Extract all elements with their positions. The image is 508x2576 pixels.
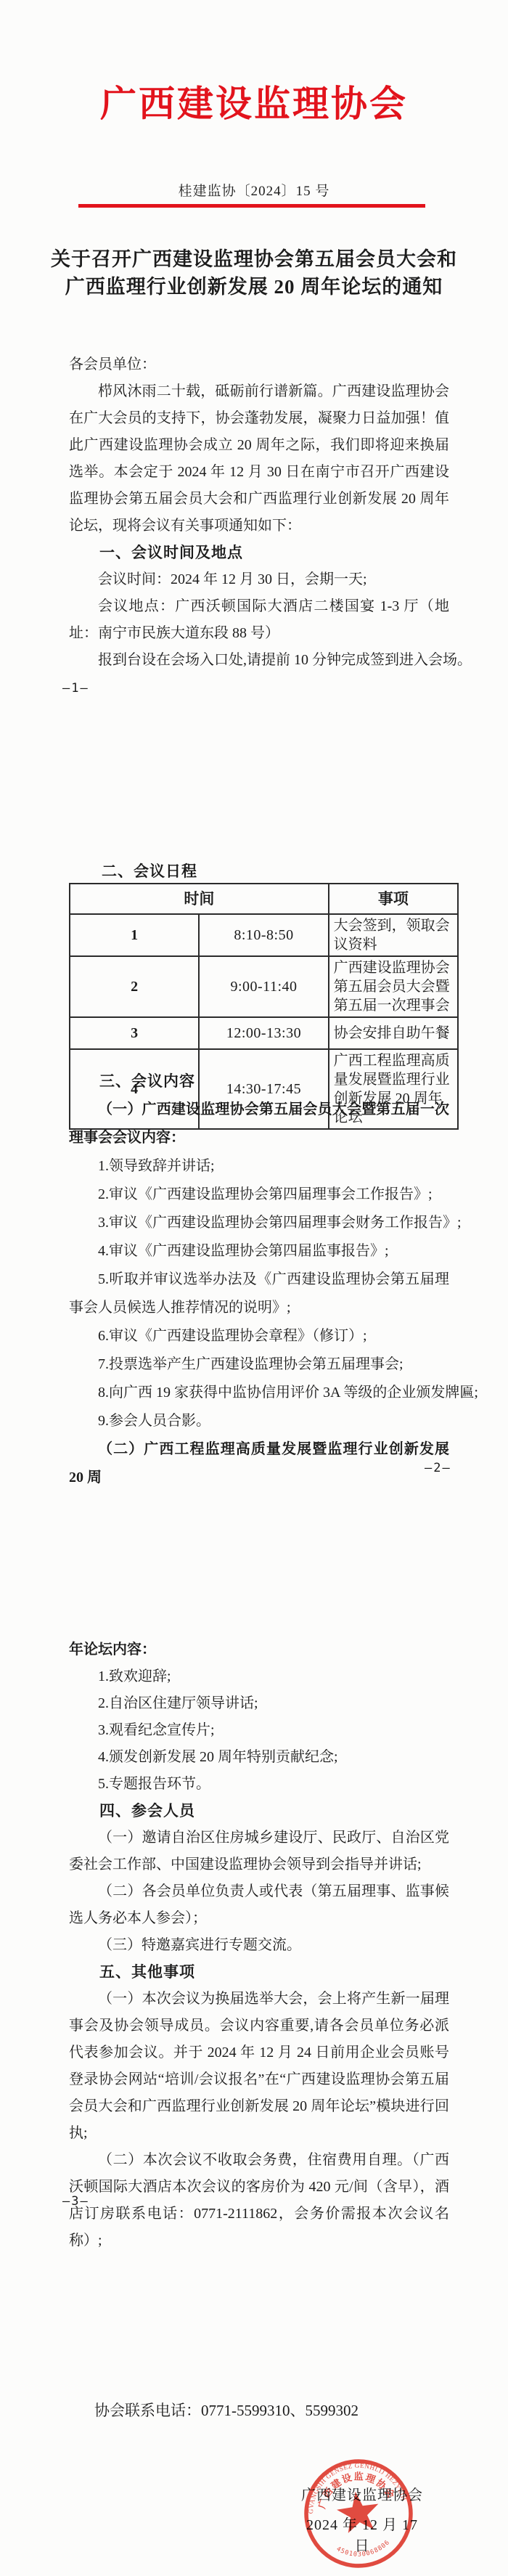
schedule-header-row: 时间 事项 <box>70 884 458 914</box>
meeting-place-line: 会议地点：广西沃顿国际大酒店二楼国宴 1-3 厅（地址：南宁市民族大道东段 88… <box>69 593 449 647</box>
notice-title-line2: 广西监理行业创新发展 20 周年论坛的通知 <box>0 273 508 301</box>
red-divider-rule <box>78 204 425 208</box>
row-item: 大会签到，领取会议资料 <box>329 914 458 956</box>
page-number-1: —1— <box>62 681 89 696</box>
scanned-notice-document: 广西建设监理协会 桂建监协〔2024〕15 号 关于召开广西建设监理协会第五届会… <box>0 0 508 2576</box>
section5-heading: 五、其他事项 <box>69 1959 449 1986</box>
page-number-2: —2— <box>425 1461 451 1475</box>
agenda-item: 6.审议《广西建设监理协会章程》（修订）; <box>69 1322 449 1350</box>
forum-item: 1.致欢迎辞; <box>69 1663 449 1690</box>
forum-item: 3.观看纪念宣传片; <box>69 1717 449 1744</box>
other-item: （二）本次会议不收取会务费，住宿费用自理。（广西沃顿国际大酒店本次会议的客房价为… <box>69 2147 449 2254</box>
section3-sub2-cont: 年论坛内容： <box>69 1637 449 1663</box>
row-time: 9:00-11:40 <box>199 956 328 1017</box>
forum-item: 2.自治区住建厅领导讲话; <box>69 1690 449 1717</box>
agenda-item: 9.参会人员合影。 <box>69 1407 449 1435</box>
agenda-item: 1.领导致辞并讲话; <box>69 1152 449 1181</box>
page-number-3: —3— <box>62 2194 89 2209</box>
schedule-col-item: 事项 <box>329 884 458 914</box>
row-item: 广西建设监理协会第五届会员大会暨第五届一次理事会 <box>329 956 458 1017</box>
checkin-note-line: 报到台设在会场入口处,请提前 10 分钟完成签到进入会场。 <box>69 647 449 674</box>
attendee-item: （一）邀请自治区住房城乡建设厅、民政厅、自治区党委社会工作部、中国建设监理协会领… <box>69 1825 449 1878</box>
schedule-col-time: 时间 <box>70 884 329 914</box>
section3-heading: 三、会议内容 <box>69 1067 449 1096</box>
agenda-item: 7.投票选举产生广西建设监理协会第五届理事会; <box>69 1350 449 1379</box>
section4-heading: 四、参会人员 <box>69 1798 449 1825</box>
official-red-seal: GVANGSIH GENSEZ GENHLIJ HEZYEIH 广西建设监理协会… <box>296 2451 421 2576</box>
forum-item: 4.颁发创新发展 20 周年特别贡献纪念; <box>69 1744 449 1771</box>
agenda-item: 4.审议《广西建设监理协会第四届监事报告》; <box>69 1237 449 1265</box>
attendee-item: （二）各会员单位负责人或代表（第五届理事、监事候选人务必本人参会）； <box>69 1878 449 1932</box>
agenda-item: 3.审议《广西建设监理协会第四届理事会财务工作报告》; <box>69 1209 449 1237</box>
forum-item: 5.专题报告环节。 <box>69 1771 449 1798</box>
section3-sub2-part: （二）广西工程监理高质量发展暨监理行业创新发展 20 周 <box>69 1435 449 1492</box>
page3-body: 年论坛内容： 1.致欢迎辞; 2.自治区住建厅领导讲话; 3.观看纪念宣传片; … <box>69 1637 449 2254</box>
row-number: 1 <box>70 914 199 956</box>
row-time: 12:00-13:30 <box>199 1017 328 1049</box>
association-contact-phone: 协会联系电话：0771-5599310、5599302 <box>94 2399 359 2421</box>
intro-paragraph: 栉风沐雨二十载，砥砺前行谱新篇。广西建设监理协会在广大会员的支持下，协会蓬勃发展… <box>69 378 449 539</box>
notice-title-line1: 关于召开广西建设监理协会第五届会员大会和 <box>0 245 508 273</box>
agenda-item: 8.向广西 19 家获得中监协信用评价 3A 等级的企业颁发牌匾; <box>69 1379 449 1407</box>
table-row: 2 9:00-11:40 广西建设监理协会第五届会员大会暨第五届一次理事会 <box>70 956 458 1017</box>
salutation: 各会员单位： <box>69 351 449 378</box>
row-number: 3 <box>70 1017 199 1049</box>
seal-star-icon <box>335 2489 382 2535</box>
row-time: 8:10-8:50 <box>199 914 328 956</box>
other-item: （一）本次会议为换届选举大会，会上将产生新一届理事会及协会领导成员。会议内容重要… <box>69 1986 449 2147</box>
attendee-item: （三）特邀嘉宾进行专题交流。 <box>69 1932 449 1959</box>
section2-heading: 二、会议日程 <box>102 860 197 881</box>
section1-heading: 一、会议时间及地点 <box>69 539 449 566</box>
section3-sub1: （一）广西建设监理协会第五届会员大会暨第五届一次理事会会议内容： <box>69 1096 449 1152</box>
red-letterhead-title: 广西建设监理协会 <box>0 75 508 127</box>
agenda-item: 5.听取并审议选举办法及《广西建设监理协会第五届理事会人员候选人推荐情况的说明》… <box>69 1265 449 1322</box>
page2-body: 三、会议内容 （一）广西建设监理协会第五届会员大会暨第五届一次理事会会议内容： … <box>69 1067 449 1492</box>
agenda-item: 2.审议《广西建设监理协会第四届理事会工作报告》; <box>69 1181 449 1209</box>
notice-title: 关于召开广西建设监理协会第五届会员大会和 广西监理行业创新发展 20 周年论坛的… <box>0 245 508 301</box>
table-row: 3 12:00-13:30 协会安排自助午餐 <box>70 1017 458 1049</box>
document-number: 桂建监协〔2024〕15 号 <box>0 180 508 200</box>
page1-body: 各会员单位： 栉风沐雨二十载，砥砺前行谱新篇。广西建设监理协会在广大会员的支持下… <box>69 351 449 674</box>
table-row: 1 8:10-8:50 大会签到，领取会议资料 <box>70 914 458 956</box>
meeting-time-line: 会议时间：2024 年 12 月 30 日，会期一天; <box>69 566 449 593</box>
row-number: 2 <box>70 956 199 1017</box>
row-item: 协会安排自助午餐 <box>329 1017 458 1049</box>
